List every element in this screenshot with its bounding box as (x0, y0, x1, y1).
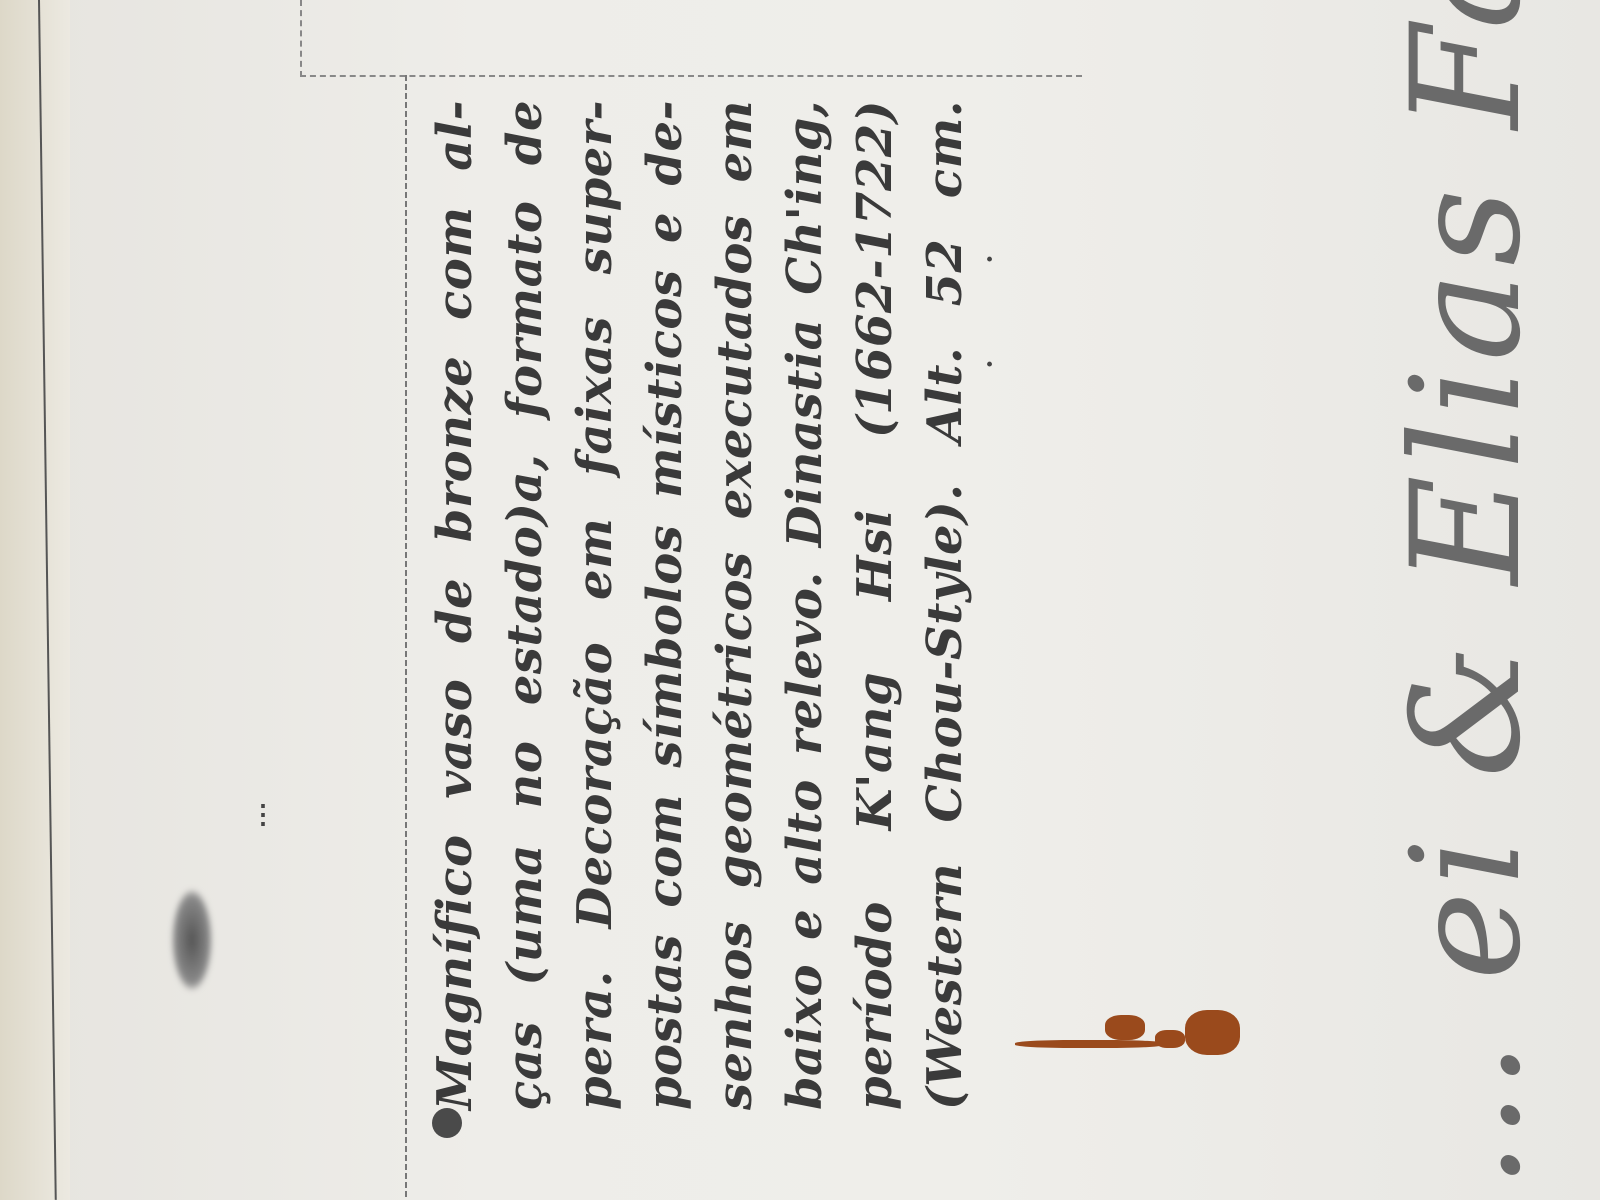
description-line: postas com símbolos místicos e de- (630, 100, 700, 1110)
description-line: (Western Chou-Style). Alt. 52 cm. (910, 100, 980, 1110)
pencil-annotation: … ei & Elias Fael… (1380, 90, 1580, 1190)
description-line: Magnífico vaso de bronze com al- (420, 100, 490, 1110)
bullet-icon (432, 1108, 462, 1138)
ink-smudge (172, 890, 212, 990)
clipping-border-left (405, 75, 407, 1200)
clipping-border-top (300, 0, 1082, 77)
rust-stain (1015, 1010, 1235, 1060)
print-dots: ⋮ (250, 800, 276, 830)
description-line: senhos geométricos executados em (700, 100, 770, 1110)
description-line: ças (uma no estado)a, formato de (490, 100, 560, 1110)
description-line: pera. Decoração em faixas super- (560, 100, 630, 1110)
description-line: período K'ang Hsi (1662-1722) (840, 100, 910, 1110)
adjacent-page-edge (0, 0, 70, 1200)
print-dots: · (985, 350, 994, 380)
print-dots: · (985, 245, 994, 275)
lot-description: Magnífico vaso de bronze com al- ças (um… (420, 100, 1020, 1110)
description-line: baixo e alto relevo. Dinastia Ch'ing, (770, 100, 840, 1110)
